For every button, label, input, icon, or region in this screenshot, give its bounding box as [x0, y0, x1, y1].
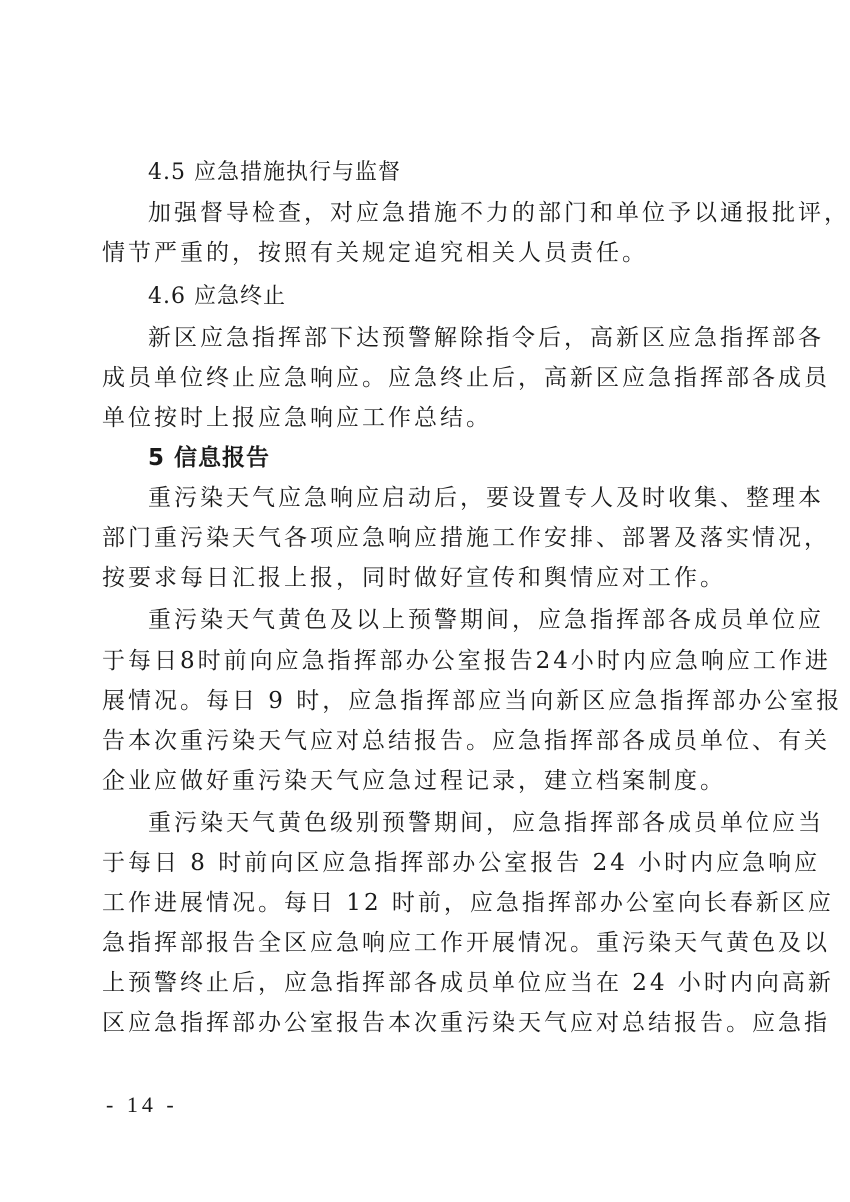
- page-number: - 14 -: [106, 1092, 178, 1118]
- paragraph-line: 重污染天气黄色级别预警期间，应急指挥部各成员单位应当: [148, 808, 848, 838]
- paragraph-line: 展情况。每日 9 时，应急指挥部应当向新区应急指挥部办公室报: [102, 686, 802, 716]
- paragraph-line: 新区应急指挥部下达预警解除指令后，高新区应急指挥部各: [148, 323, 848, 353]
- paragraph-line: 加强督导检查，对应急措施不力的部门和单位予以通报批评，: [148, 198, 848, 228]
- paragraph-line: 按要求每日汇报上报，同时做好宣传和舆情应对工作。: [102, 563, 802, 593]
- paragraph-line: 重污染天气黄色及以上预警期间，应急指挥部各成员单位应: [148, 605, 848, 635]
- paragraph-line: 于每日 8 时前向区应急指挥部办公室报告 24 小时内应急响应: [102, 848, 802, 878]
- paragraph-line: 成员单位终止应急响应。应急终止后，高新区应急指挥部各成员: [102, 363, 802, 393]
- section-heading-4-6: 4.6 应急终止: [148, 282, 848, 312]
- paragraph-line: 部门重污染天气各项应急响应措施工作安排、部署及落实情况，: [102, 523, 802, 553]
- paragraph-line: 情节严重的，按照有关规定追究相关人员责任。: [102, 238, 802, 268]
- paragraph-line: 工作进展情况。每日 12 时前，应急指挥部办公室向长春新区应: [102, 888, 802, 918]
- paragraph-line: 区应急指挥部办公室报告本次重污染天气应对总结报告。应急指: [102, 1008, 802, 1038]
- paragraph-line: 单位按时上报应急响应工作总结。: [102, 403, 802, 433]
- section-heading-4-5: 4.5 应急措施执行与监督: [148, 158, 848, 188]
- document-page: 4.5 应急措施执行与监督 加强督导检查，对应急措施不力的部门和单位予以通报批评…: [0, 0, 850, 1202]
- paragraph-line: 急指挥部报告全区应急响应工作开展情况。重污染天气黄色及以: [102, 928, 802, 958]
- section-heading-5: 5 信息报告: [148, 443, 848, 473]
- paragraph-line: 告本次重污染天气应对总结报告。应急指挥部各成员单位、有关: [102, 726, 802, 756]
- paragraph-line: 于每日8时前向应急指挥部办公室报告24小时内应急响应工作进: [102, 646, 802, 676]
- paragraph-line: 上预警终止后，应急指挥部各成员单位应当在 24 小时内向高新: [102, 968, 802, 998]
- paragraph-line: 重污染天气应急响应启动后，要设置专人及时收集、整理本: [148, 483, 848, 513]
- paragraph-line: 企业应做好重污染天气应急过程记录，建立档案制度。: [102, 766, 802, 796]
